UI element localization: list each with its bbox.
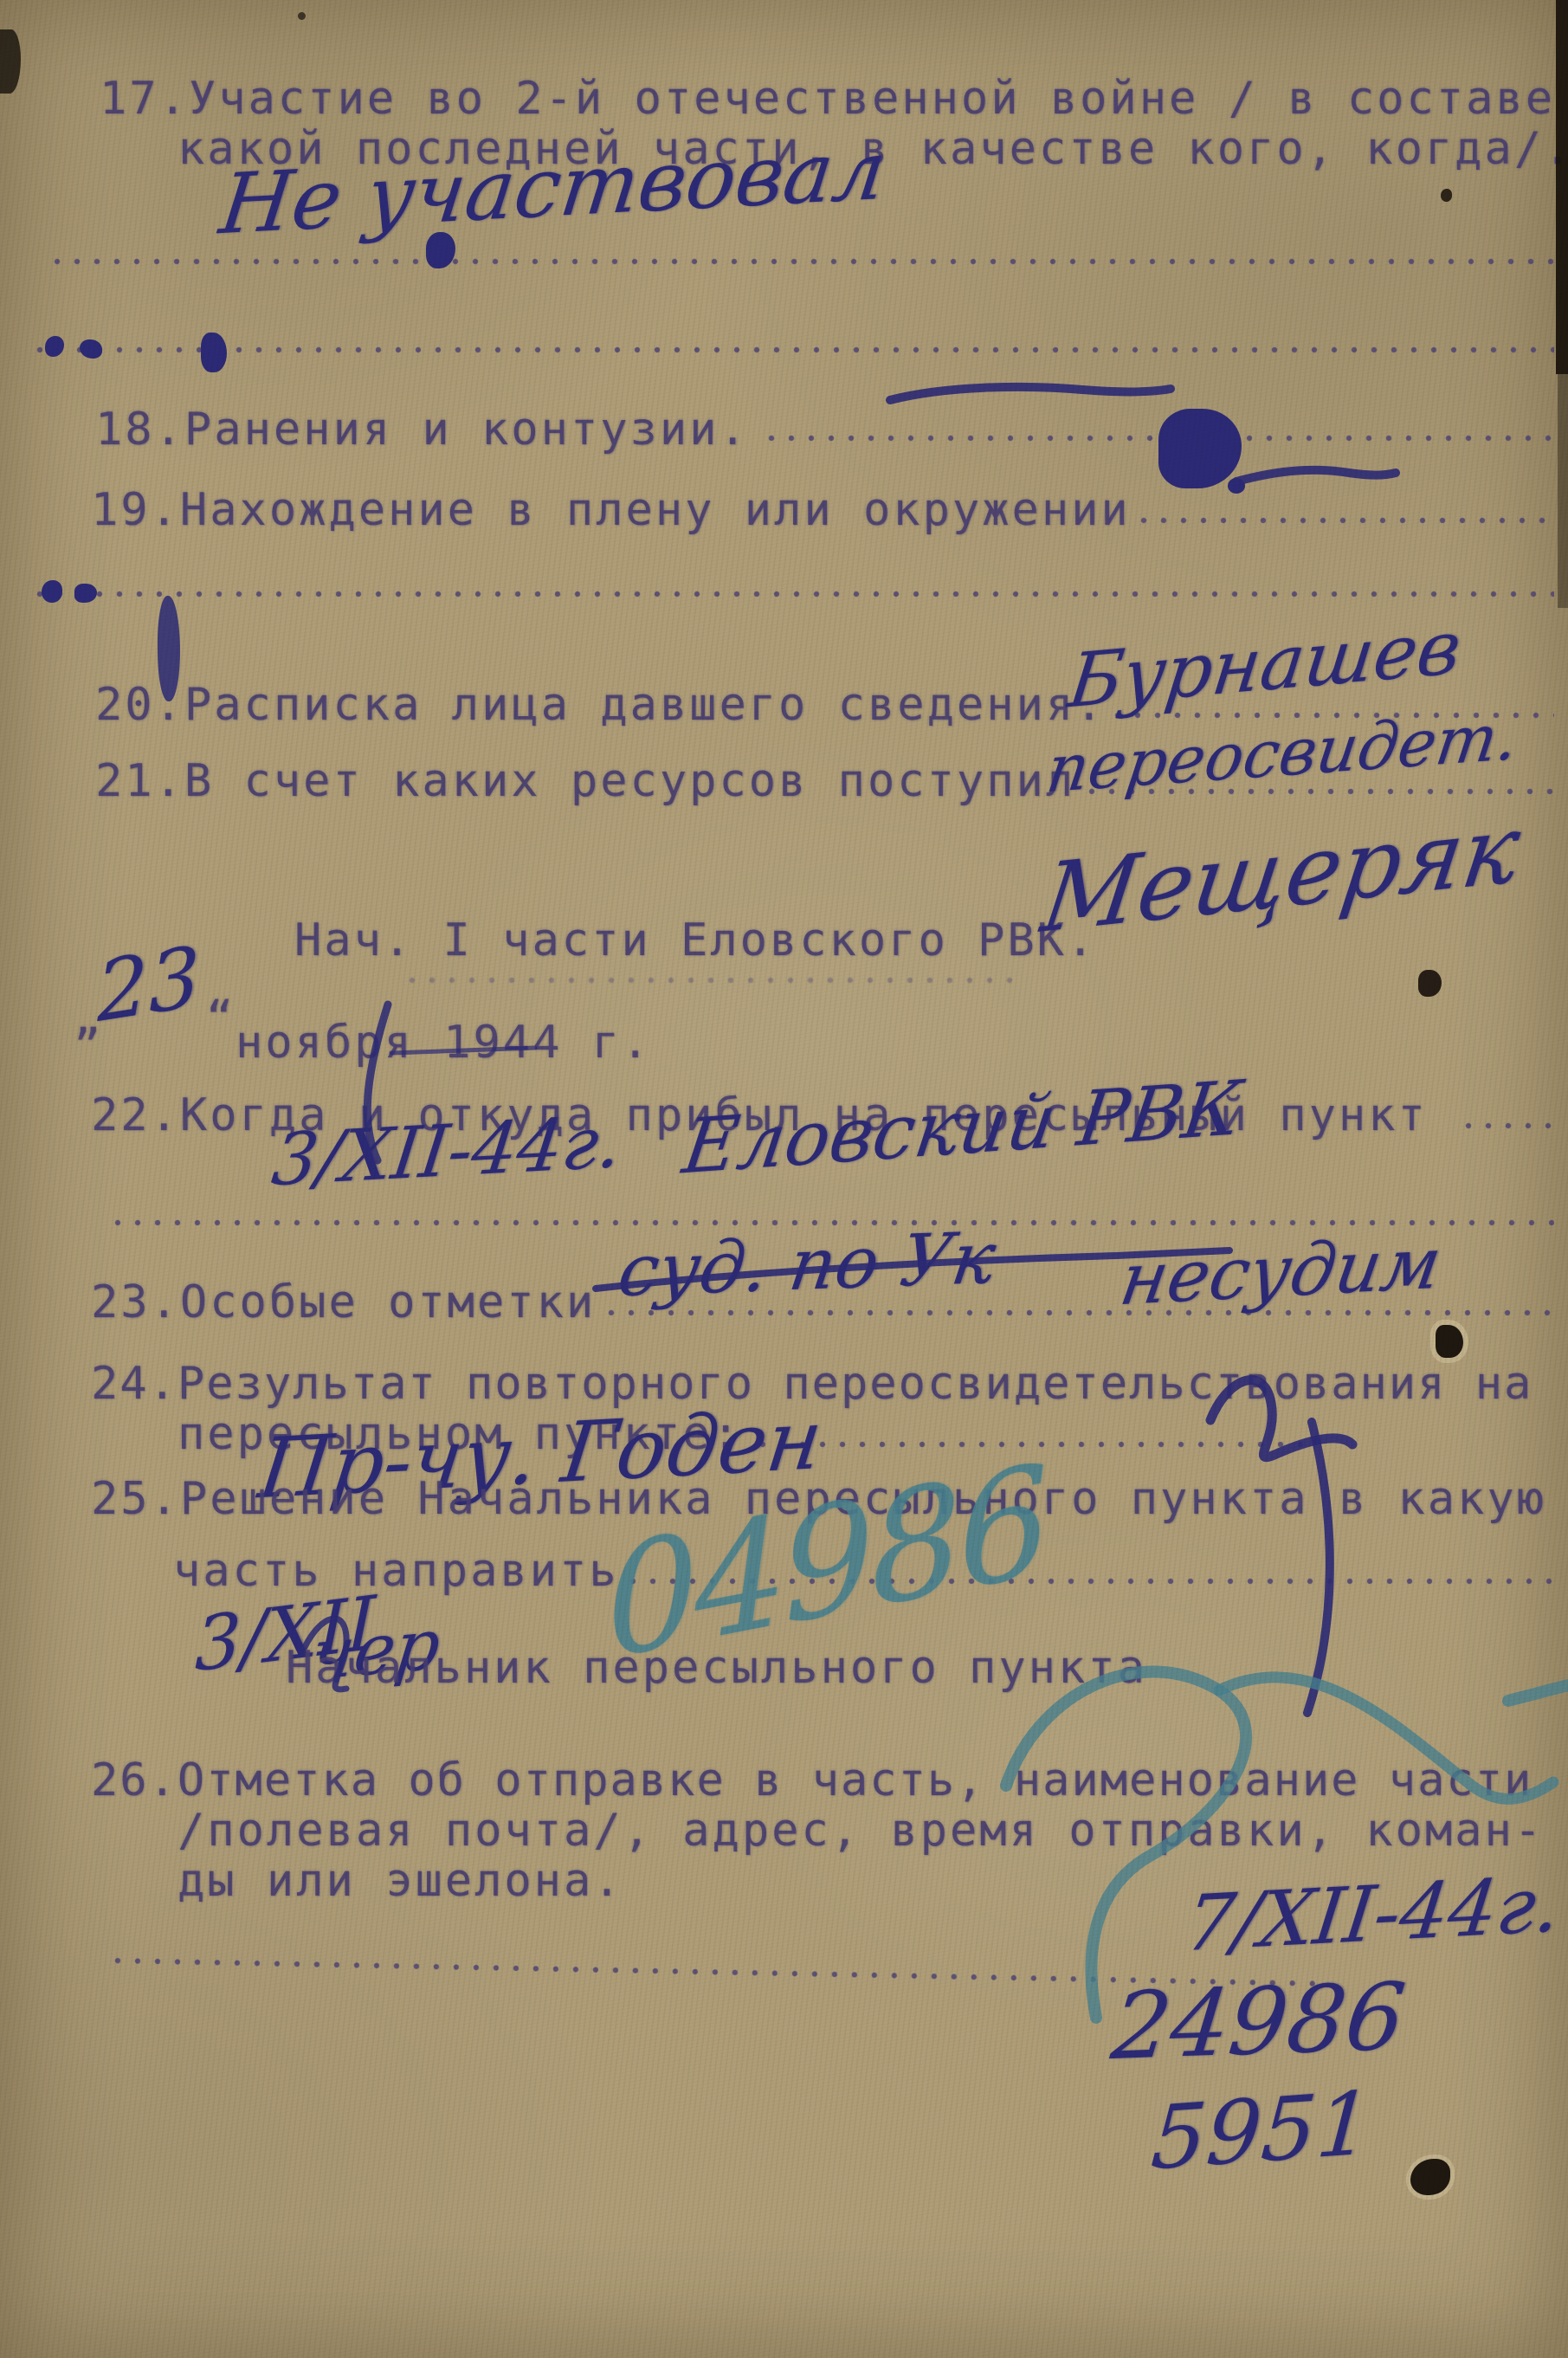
item23-struck-handwriting: суд. по Ук [614,1224,999,1308]
paper-hole [1430,1320,1468,1363]
paper-speck [1418,970,1442,997]
item26-line3: ды или эшелона. [177,1858,623,1903]
item18-none-dash-stroke [890,387,1171,400]
item20-signature-handwriting: Бурнашев [1065,610,1465,720]
dotted-rule-3 [35,589,1554,599]
chief-title: Начальник пересыльного пункта [286,1645,1147,1690]
item21-label: 21.В счет каких ресурсов поступил [95,759,1075,804]
paper-hole [1406,2155,1455,2200]
item17-line1: 17.Участие во 2-й отечественной войне / … [100,76,1555,121]
item20-label: 20.Расписка лица давшего сведения. [95,682,1105,727]
official-signature-handwriting: Мещеряк [1036,802,1525,947]
corner-damage-mark [0,29,21,94]
item25-line2: часть направить [173,1548,619,1593]
paper-speck [1441,189,1452,202]
item26-line1: 26.Отметка об отправке в часть, наименов… [91,1758,1533,1803]
chief-signature-dash [1508,1685,1568,1701]
official-title: Нач. I части Еловского РВК. [294,918,1096,963]
dotted-rule-1 [52,256,1554,267]
item23-dot-leader [606,1308,1554,1318]
faded-dot-row [407,975,1022,985]
ink-blot-satellite [1228,478,1245,494]
item19-none-dash-stroke [1236,470,1396,481]
date-line: ноября 1944 г. [236,1020,651,1065]
paper-speck [298,12,306,20]
item22-dot-leader [1463,1121,1554,1131]
item19-dot-leader [1139,515,1554,526]
scan-edge-strip-faded [1558,374,1568,608]
date-quote-close: “ [206,996,236,1041]
ink-blob [42,580,62,603]
item26-team-number-handwriting: 5951 [1148,2080,1374,2182]
item22-date-handwriting: 3/XII-44г. [268,1108,625,1198]
scan-edge-strip [1556,0,1568,374]
item22-origin-handwriting: Еловский РВК [679,1071,1246,1185]
ink-blob [74,584,97,603]
ink-blob [201,333,227,372]
item26-unit-number-handwriting: 24986 [1107,1971,1409,2073]
document-scan: 17.Участие во 2-й отечественной войне / … [0,0,1568,2358]
item19-label: 19.Нахождение в плену или окружении [91,488,1131,533]
item26-line2: /полевая почта/, адрес, время отправки, … [177,1808,1544,1853]
item23-label: 23.Особые отметки [91,1280,596,1325]
item25-signature-descender [1307,1422,1330,1713]
ink-blob [80,339,102,359]
dotted-rule-2 [35,345,1554,355]
item26-sent-date-handwriting: 7/XII-44г. [1182,1866,1565,1962]
item18-label: 18.Ранения и контузии. [95,407,749,452]
ink-blot [1158,409,1242,488]
item23-note-handwriting: несудим [1115,1228,1445,1316]
date-day-handwriting: 23 [96,936,201,1036]
